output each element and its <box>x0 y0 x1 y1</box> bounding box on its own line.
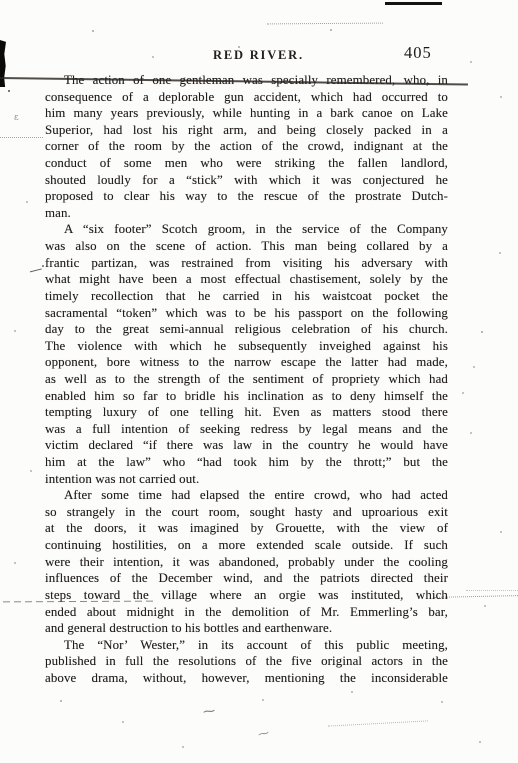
text-line: published in full the resolutions of the… <box>45 653 448 670</box>
text-line: After some time had elapsed the entire c… <box>45 487 448 504</box>
text-line: ended about midnight in the demolition o… <box>45 604 448 621</box>
text-line: influences of the December wind, and the… <box>45 570 448 587</box>
text-line: was a full intention of seeking redress … <box>45 421 448 438</box>
text-line: victim declared “if there was law in the… <box>45 437 448 454</box>
text-line: sacramental “token” which was to be his … <box>45 305 448 322</box>
page-number: 405 <box>404 43 432 63</box>
text-line: The “Nor’ Wester,” in its account of thi… <box>45 637 448 654</box>
text-line: frantic partizan, was restrained from vi… <box>45 255 448 272</box>
paragraph: After some time had elapsed the entire c… <box>45 487 448 636</box>
text-line: above drama, without, however, mentionin… <box>45 670 448 687</box>
text-line: and general destruction to his bottles a… <box>45 620 448 637</box>
text-line: as well as to the strength of the sentim… <box>45 371 448 388</box>
text-line: corner of the room by the action of the … <box>45 138 448 155</box>
top-edge-mark <box>385 2 442 5</box>
text-line: him many years previously, while hunting… <box>45 105 448 122</box>
running-title: RED RIVER. <box>213 48 304 63</box>
text-line: was also on the scene of action. This ma… <box>45 238 448 255</box>
text-line: intention was not carried out. <box>45 471 448 488</box>
margin-pencil-mark <box>28 262 42 273</box>
text-line: man. <box>45 205 448 222</box>
text-line: him at the law” who “had took him by the… <box>45 454 448 471</box>
text-line: conduct of some men who were striking th… <box>45 155 448 172</box>
text-line: tempting luxury of one telling hit. Even… <box>45 404 448 421</box>
text-line: A “six footer” Scotch groom, in the serv… <box>45 221 448 238</box>
text-line: consequence of a deplorable gun accident… <box>45 89 448 106</box>
text-line: what might have been a most effectual ch… <box>45 271 448 288</box>
bottom-squiggle-mark: ⁓ <box>257 726 270 741</box>
text-line: at the doors, it was imagined by Grouett… <box>45 520 448 537</box>
text-line: were their intention, it was abandoned, … <box>45 554 448 571</box>
paper-specks <box>0 0 2 2</box>
paragraph: A “six footer” Scotch groom, in the serv… <box>45 221 448 487</box>
margin-pencil-mark: ε <box>14 113 19 123</box>
text-line: continuing hostilities, on a more extend… <box>45 537 448 554</box>
text-line: timely recollection that he carried in h… <box>45 288 448 305</box>
bottom-squiggle-mark: ⁓ <box>202 703 215 718</box>
text-line: day to the great semi-annual religious c… <box>45 321 448 338</box>
left-margin-dotted-artifact <box>0 137 43 138</box>
text-line: enabled him so far to bridle his inclina… <box>45 388 448 405</box>
text-line: shouted loudly for a “stick” with which … <box>45 172 448 189</box>
text-line: opponent, bore witness to the narrow esc… <box>45 354 448 371</box>
top-dotted-artifact <box>267 23 383 25</box>
right-dotted-artifact <box>466 590 518 591</box>
text-line: The violence with which he subsequently … <box>45 338 448 355</box>
text-line: proposed to clear his way to the rescue … <box>45 188 448 205</box>
paragraph: The “Nor’ Wester,” in its account of thi… <box>45 637 448 687</box>
bottom-dotted-artifact <box>328 720 428 726</box>
page-body: The action of one gentleman was speciall… <box>45 72 448 687</box>
binding-ink-mark <box>0 40 6 87</box>
text-line: Superior, had lost his right arm, and be… <box>45 122 448 139</box>
text-line: so strangely in the court room, sought h… <box>45 504 448 521</box>
book-page: RED RIVER. 405 The action of one gentlem… <box>0 0 518 763</box>
paragraph: The action of one gentleman was speciall… <box>45 72 448 221</box>
